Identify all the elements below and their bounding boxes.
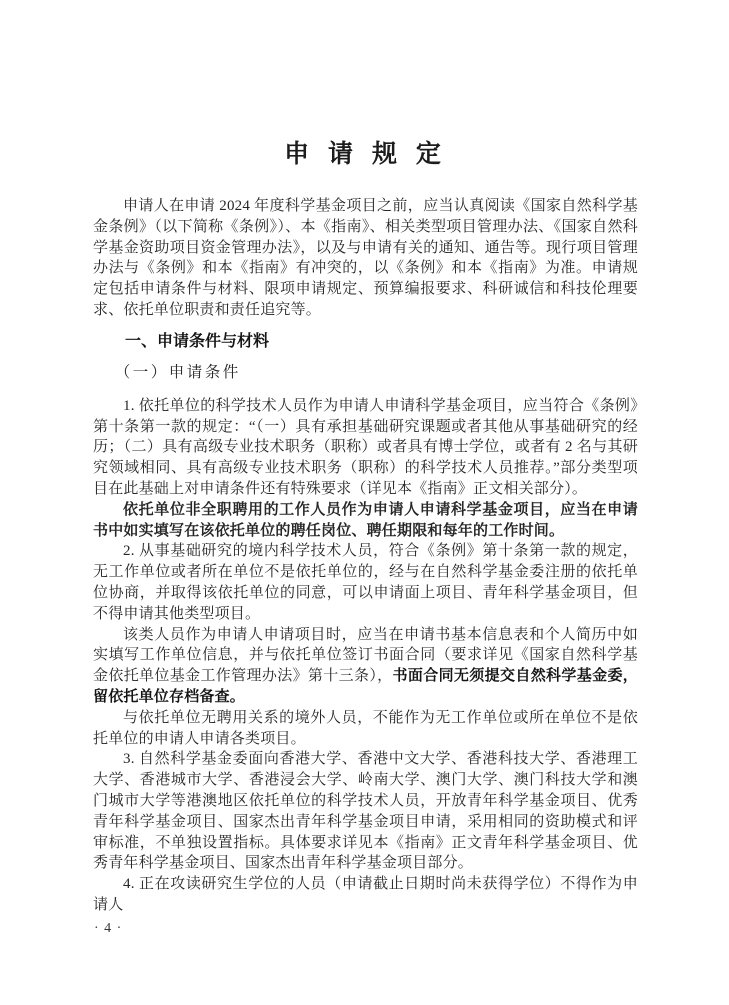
page-title: 申 请 规 定 — [93, 138, 638, 170]
document-page: 申 请 规 定 申请人在申请 2024 年度科学基金项目之前，应当认真阅读《国家… — [0, 0, 729, 1005]
document-content: 申 请 规 定 申请人在申请 2024 年度科学基金项目之前，应当认真阅读《国家… — [93, 138, 638, 916]
item-1-nonfulltime-bold-note: 依托单位非全职聘用的工作人员作为申请人申请科学基金项目，应当在申请书中如实填写在… — [93, 500, 638, 542]
item-2-contract-paragraph: 该类人员作为申请人申请项目时，应当在申请书基本信息表和个人简历中如实填写工作单位… — [93, 625, 638, 708]
item-4-paragraph: 4. 正在攻读研究生学位的人员（申请截止日期时尚未获得学位）不得作为申请人 — [93, 874, 638, 916]
section-heading-conditions-and-materials: 一、申请条件与材料 — [93, 333, 638, 350]
intro-paragraph: 申请人在申请 2024 年度科学基金项目之前，应当认真阅读《国家自然科学基金条例… — [93, 196, 638, 321]
subsection-heading-application-conditions: （一）申请条件 — [93, 363, 638, 383]
item-2-overseas-paragraph: 与依托单位无聘用关系的境外人员，不能作为无工作单位或所在单位不是依托单位的申请人… — [93, 708, 638, 750]
page-number: · 4 · — [94, 921, 122, 937]
item-2-paragraph: 2. 从事基础研究的境内科学技术人员，符合《条例》第十条第一款的规定，无工作单位… — [93, 541, 638, 624]
item-1-paragraph: 1. 依托单位的科学技术人员作为申请人申请科学基金项目，应当符合《条例》第十条第… — [93, 396, 638, 500]
item-3-paragraph: 3. 自然科学基金委面向香港大学、香港中文大学、香港科技大学、香港理工大学、香港… — [93, 749, 638, 874]
